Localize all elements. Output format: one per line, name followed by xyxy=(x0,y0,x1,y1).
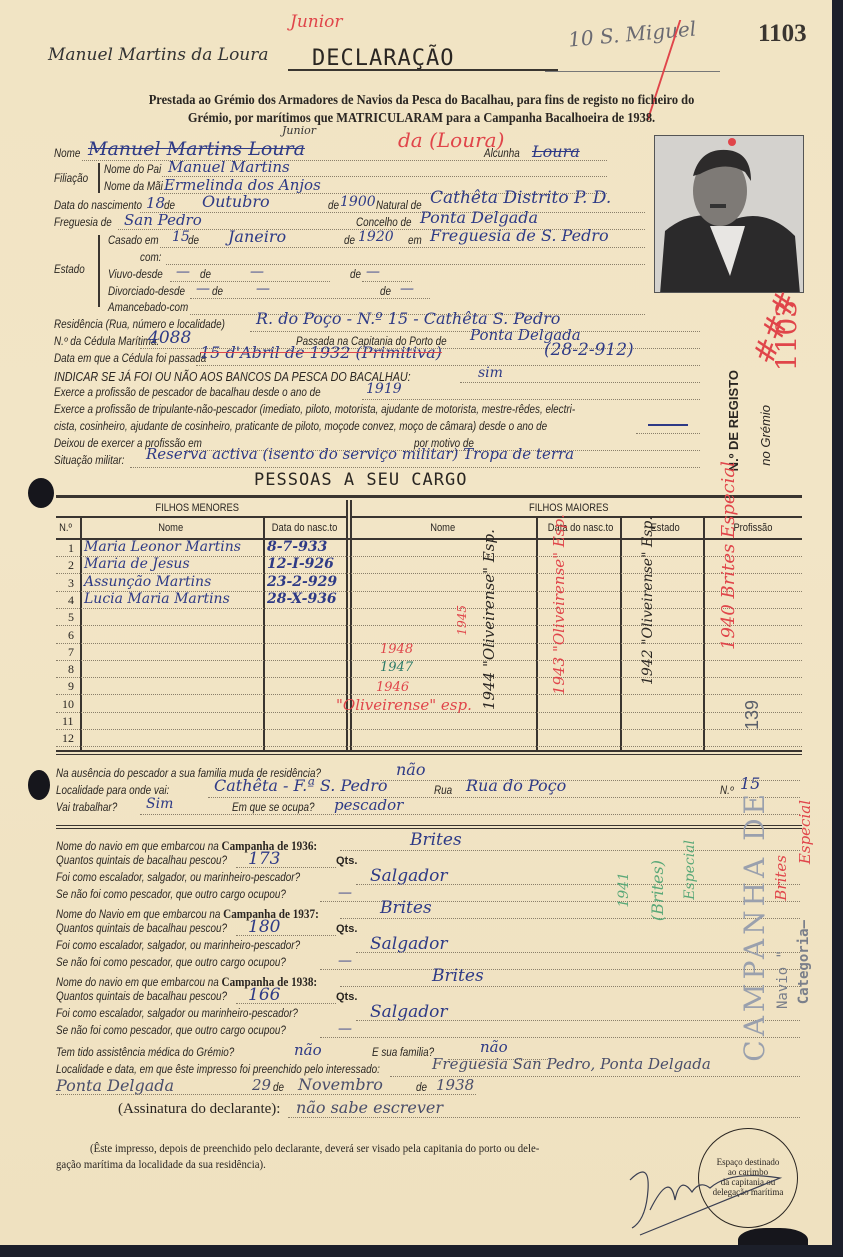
quintais-label: Quantos quintais de bacalhau pescou? xyxy=(56,923,227,935)
residencia-label: Residência (Rua, número e localidade) xyxy=(54,319,225,331)
pai-label: Nome do Pai xyxy=(104,164,161,176)
funcao-value[interactable]: Salgador xyxy=(370,934,447,954)
navio-value[interactable]: Brites xyxy=(380,898,432,918)
registo-label: N.º DE REGISTO xyxy=(726,370,741,471)
menores-title: FILHOS MENORES xyxy=(155,502,239,514)
alcunha-label: Alcunha xyxy=(484,148,520,160)
punch-hole-top xyxy=(28,478,54,508)
casado-ano[interactable]: 1920 xyxy=(358,229,394,245)
nascimento-ano[interactable]: 1900 xyxy=(340,194,376,210)
annotation-1948: 1948 xyxy=(380,642,413,657)
rua-value[interactable]: Rua do Poço xyxy=(466,776,566,795)
page-title: DECLARAÇÃO xyxy=(312,46,454,71)
localidade-value[interactable]: Cathêta - F.ª S. Pedro xyxy=(214,776,388,795)
maiores-title: FILHOS MAIORES xyxy=(529,502,609,514)
familia-assist-label: E sua familia? xyxy=(372,1047,434,1059)
quintais-label: Quantos quintais de bacalhau pescou? xyxy=(56,855,227,867)
outro-cargo-label: Se não foi como pescador, que outro carg… xyxy=(56,957,286,969)
campanha-stamp-green-year: 1941 xyxy=(616,872,632,908)
familia-assist-value[interactable]: não xyxy=(480,1038,508,1056)
scan-edge-right xyxy=(832,0,843,1257)
bancos-label: INDICAR SE JÁ FOI OU NÃO AOS BANCOS DA P… xyxy=(54,370,411,384)
outro-cargo-label: Se não foi como pescador, que outro carg… xyxy=(56,1025,286,1037)
pescador-label: Exerce a profissão de pescador de bacalh… xyxy=(54,387,321,399)
portrait-photo xyxy=(654,135,804,293)
militar-label: Situação militar: xyxy=(54,455,124,467)
row-number: 10 xyxy=(62,697,74,712)
tripulante-label-1: Exerce a profissão de tripulante-não-pes… xyxy=(54,404,575,416)
child-birthdate[interactable]: 28-X-936 xyxy=(267,591,337,607)
annotation-margin-number: 139 xyxy=(742,700,763,730)
filiacao-label: Filiação xyxy=(54,173,88,185)
row-number: 5 xyxy=(68,610,74,625)
row-number: 9 xyxy=(68,679,74,694)
assistencia-value[interactable]: não xyxy=(294,1041,322,1059)
child-name[interactable]: Lucia Maria Martins xyxy=(84,591,230,607)
outro-cargo-label: Se não foi como pescador, que outro carg… xyxy=(56,889,286,901)
child-birthdate[interactable]: 8-7-933 xyxy=(267,539,327,555)
numero-label: N.º xyxy=(720,785,734,797)
data-dia[interactable]: 29 xyxy=(252,1076,271,1094)
trabalhar-label: Vai trabalhar? xyxy=(56,802,117,814)
quintais-value[interactable]: 166 xyxy=(248,985,280,1005)
mae-label: Nome da Mãi xyxy=(104,181,163,193)
row-number: 6 xyxy=(68,628,74,643)
annotation-col3: 1942 "Oliveirense" Esp. xyxy=(640,575,656,685)
child-birthdate[interactable]: 12-I-926 xyxy=(267,556,334,572)
outro-cargo-value[interactable]: — xyxy=(338,885,352,901)
funcao-label: Foi como escalador, salgador, ou marinhe… xyxy=(56,872,300,884)
row-number: 1 xyxy=(68,541,74,556)
local-data[interactable]: Ponta Delgada xyxy=(56,1076,174,1095)
annotation-1945: 1945 xyxy=(455,605,469,636)
freguesia-value[interactable]: San Pedro xyxy=(124,211,202,229)
tripulante-label-2: cista, cosinheiro, ajudante de cosinheir… xyxy=(54,421,547,433)
intro-line-2: Grémio, por marítimos que MATRICULARAM p… xyxy=(34,109,810,127)
row-number: 2 xyxy=(68,558,74,573)
alcunha-value[interactable]: Loura xyxy=(532,142,580,161)
assinatura-value[interactable]: não sabe escrever xyxy=(296,1098,443,1117)
cedula-label: N.º da Cédula Marítima: xyxy=(54,336,159,348)
quintais-value[interactable]: 173 xyxy=(248,849,280,869)
data-cedula-struck: 15 d'Abril de 1932 (Primitiva) xyxy=(200,343,442,362)
amancebado-label: Amancebado-com xyxy=(108,302,188,314)
cedula-value[interactable]: 4088 xyxy=(148,328,191,348)
ocupa-label: Em que se ocupa? xyxy=(232,802,314,814)
row-number: 7 xyxy=(68,645,74,660)
concelho-value[interactable]: Ponta Delgada xyxy=(420,208,538,227)
child-name[interactable]: Maria Leonor Martins xyxy=(84,539,241,555)
handwritten-correction-junior: Junior xyxy=(290,12,343,32)
casado-label: Casado em xyxy=(108,235,159,247)
annotation-col1: 1944 "Oliveirense" Esp. xyxy=(480,600,498,710)
punch-hole-bottom xyxy=(28,770,50,800)
campanha-stamp-red-navio: Brites xyxy=(772,855,790,901)
casado-mes[interactable]: Janeiro xyxy=(228,227,286,246)
campanha-stamp-green-navio: (Brites) xyxy=(648,860,667,921)
estado-label: Estado xyxy=(54,264,85,276)
natural-label: Natural de xyxy=(376,200,422,212)
localidade-data-value[interactable]: Freguesia San Pedro, Ponta Delgada xyxy=(432,1055,711,1073)
pescador-value[interactable]: 1919 xyxy=(366,381,402,397)
natural-value[interactable]: Cathêta Distrito P. D. xyxy=(430,188,611,208)
annotation-oliveirense-1: "Oliveirense" esp. xyxy=(336,696,472,714)
campanha-stamp-red-categoria: Especial xyxy=(796,800,814,864)
nota-line-2: gação marítima da localidade da sua resi… xyxy=(56,1159,266,1171)
assinatura-label: (Assinatura do declarante): xyxy=(118,1101,280,1118)
registo-sublabel: no Grémio xyxy=(758,405,773,466)
annotation-col4: 1940 Brites Especial xyxy=(718,530,739,650)
data-cedula-value[interactable]: (28-2-912) xyxy=(544,340,634,360)
row-number: 12 xyxy=(62,731,74,746)
row-number: 4 xyxy=(68,593,74,608)
nome-label: Nome xyxy=(54,148,80,160)
annotation-col2: 1943 "Oliveirense" Esp. xyxy=(550,585,568,695)
navio-value[interactable]: Brites xyxy=(432,966,484,986)
data-mes[interactable]: Novembro xyxy=(298,1075,383,1094)
child-name[interactable]: Assunção Martins xyxy=(84,574,211,590)
row-number: 11 xyxy=(62,714,74,729)
navio-value[interactable]: Brites xyxy=(410,830,462,850)
militar-value[interactable]: Reserva activa (isento do serviço milita… xyxy=(146,445,574,463)
viuvo-label: Viuvo-desde xyxy=(108,269,163,281)
register-number-top: 1103 xyxy=(758,20,807,48)
funcao-label: Foi como escalador, salgador ou marinhei… xyxy=(56,1008,298,1020)
com-label: com: xyxy=(140,252,161,264)
annotation-1947: 1947 xyxy=(380,660,413,675)
concelho-label: Concelho de xyxy=(356,217,412,229)
cargo-title: PESSOAS A SEU CARGO xyxy=(254,470,467,490)
title-underline xyxy=(288,69,558,71)
pai-value[interactable]: Manuel Martins xyxy=(168,158,290,176)
annotation-1946: 1946 xyxy=(376,680,409,695)
freguesia-label: Freguesia de xyxy=(54,217,112,229)
quintais-value[interactable]: 180 xyxy=(248,917,280,937)
handwritten-name-header: Manuel Martins da Loura xyxy=(48,45,269,65)
scan-edge-bottom xyxy=(0,1245,843,1257)
campanha-stamp-categoria: Categoria— xyxy=(796,920,812,1004)
intro-line-1: Prestada ao Grémio dos Armadores de Navi… xyxy=(34,91,810,109)
campanha-stamp-title: CAMPANHA DE xyxy=(738,790,771,1062)
bancos-value[interactable]: sim xyxy=(478,365,503,381)
outro-cargo-value[interactable]: — xyxy=(338,953,352,969)
row-number: 3 xyxy=(68,576,74,591)
row-number: 8 xyxy=(68,662,74,677)
nascimento-dia[interactable]: 18 xyxy=(146,194,165,212)
child-name[interactable]: Maria de Jesus xyxy=(84,556,190,572)
declaration-form: Manuel Martins da Loura Junior DECLARAÇÃ… xyxy=(0,0,832,1245)
rua-label: Rua xyxy=(434,785,452,797)
data-ano[interactable]: 1938 xyxy=(436,1076,474,1094)
nota-line-1: (Êste impresso, depois de preenchido pel… xyxy=(90,1143,539,1155)
official-signature-icon xyxy=(620,1130,800,1240)
child-birthdate[interactable]: 23-2-929 xyxy=(267,574,337,590)
divorciado-label: Divorciado-desde xyxy=(108,286,185,298)
casado-local[interactable]: Freguesia de S. Pedro xyxy=(430,226,609,245)
outro-cargo-value[interactable]: — xyxy=(338,1021,352,1037)
nome-value[interactable]: Manuel Martins Loura xyxy=(88,138,305,160)
funcao-value[interactable]: Salgador xyxy=(370,866,447,886)
funcao-value[interactable]: Salgador xyxy=(370,1002,447,1022)
nascimento-mes[interactable]: Outubro xyxy=(202,192,270,211)
portrait-icon xyxy=(655,136,804,293)
funcao-label: Foi como escalador, salgador, ou marinhe… xyxy=(56,940,300,952)
assistencia-label: Tem tido assistência médica do Grémio? xyxy=(56,1047,234,1059)
trabalhar-value[interactable]: Sim xyxy=(146,796,173,812)
data-cedula-label: Data em que a Cédula foi passada xyxy=(54,353,206,365)
ocupa-value[interactable]: pescador xyxy=(334,796,403,814)
campanha-stamp-navio: Navio " xyxy=(775,950,791,1009)
nome-correction: Junior xyxy=(282,124,316,137)
ausencia-value[interactable]: não xyxy=(396,760,425,779)
quintais-label: Quantos quintais de bacalhau pescou? xyxy=(56,991,227,1003)
campanha-stamp-green-categoria: Especial xyxy=(682,840,698,900)
